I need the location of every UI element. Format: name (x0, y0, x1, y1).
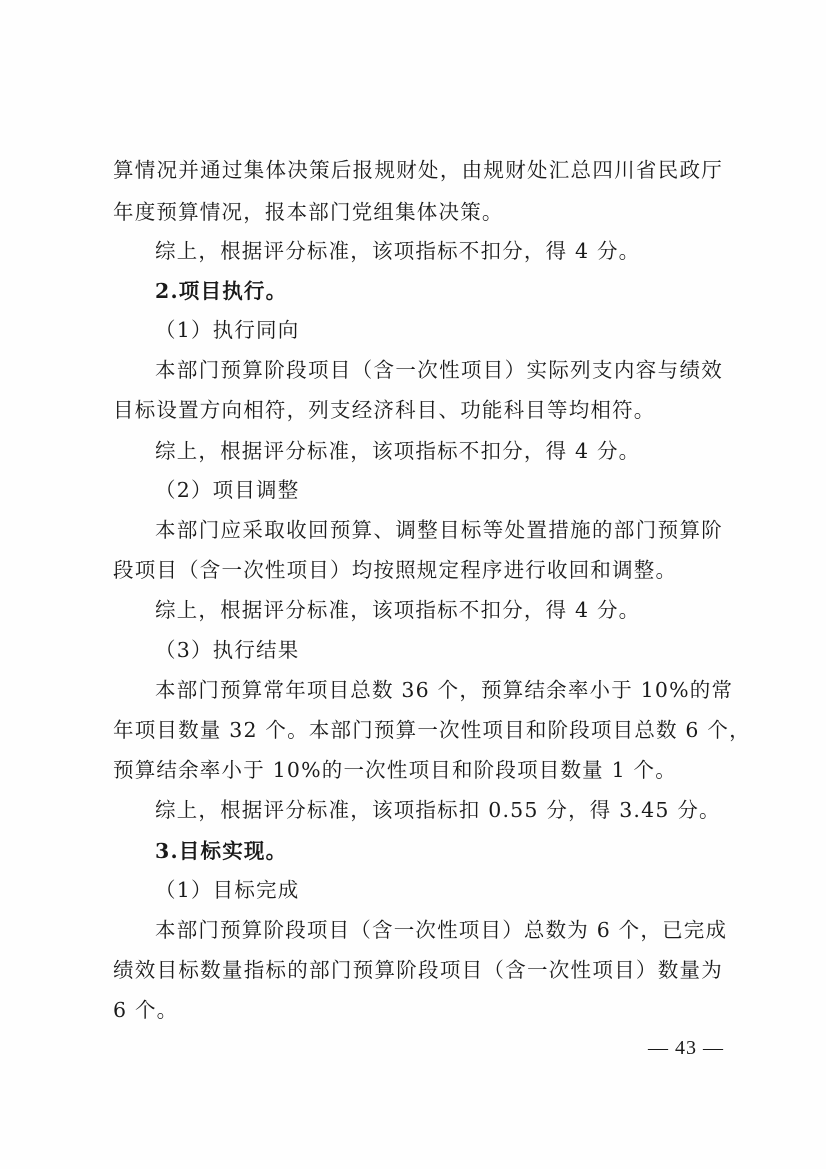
paragraph-line: 算情况并通过集体决策后报规财处，由规财处汇总四川省民政厅 (113, 156, 723, 184)
paragraph-line: 6 个。 (113, 996, 723, 1024)
paragraph-line: 综上，根据评分标准，该项指标不扣分，得 4 分。 (155, 596, 723, 624)
section-heading: 2.项目执行。 (155, 277, 723, 305)
paragraph-line: 综上，根据评分标准，该项指标不扣分，得 4 分。 (155, 437, 723, 465)
paragraph-line: 段项目（含一次性项目）均按照规定程序进行收回和调整。 (113, 556, 723, 584)
paragraph-line: 年度预算情况，报本部门党组集体决策。 (113, 198, 723, 226)
subsection-heading: （1）执行同向 (155, 316, 723, 344)
paragraph-line: 本部门预算阶段项目（含一次性项目）实际列支内容与绩效 (155, 356, 723, 384)
paragraph-line: 综上，根据评分标准，该项指标扣 0.55 分，得 3.45 分。 (155, 796, 723, 824)
paragraph-line: 本部门预算阶段项目（含一次性项目）总数为 6 个，已完成 (155, 916, 723, 944)
subsection-heading: （3）执行结果 (155, 636, 723, 664)
page-number: — 43 — (640, 1037, 724, 1060)
section-heading: 3.目标实现。 (155, 837, 723, 865)
paragraph-line: 年项目数量 32 个。本部门预算一次性项目和阶段项目总数 6 个， (113, 716, 723, 744)
document-page: 算情况并通过集体决策后报规财处，由规财处汇总四川省民政厅 年度预算情况，报本部门… (0, 0, 826, 1169)
paragraph-line: 本部门应采取收回预算、调整目标等处置措施的部门预算阶 (155, 516, 723, 544)
paragraph-line: 综上，根据评分标准，该项指标不扣分，得 4 分。 (155, 237, 723, 265)
subsection-heading: （1）目标完成 (155, 876, 723, 904)
paragraph-line: 本部门预算常年项目总数 36 个，预算结余率小于 10%的常 (155, 676, 723, 704)
paragraph-line: 目标设置方向相符，列支经济科目、功能科目等均相符。 (113, 396, 723, 424)
paragraph-line: 绩效目标数量指标的部门预算阶段项目（含一次性项目）数量为 (113, 956, 723, 984)
subsection-heading: （2）项目调整 (155, 476, 723, 504)
paragraph-line: 预算结余率小于 10%的一次性项目和阶段项目数量 1 个。 (113, 756, 723, 784)
